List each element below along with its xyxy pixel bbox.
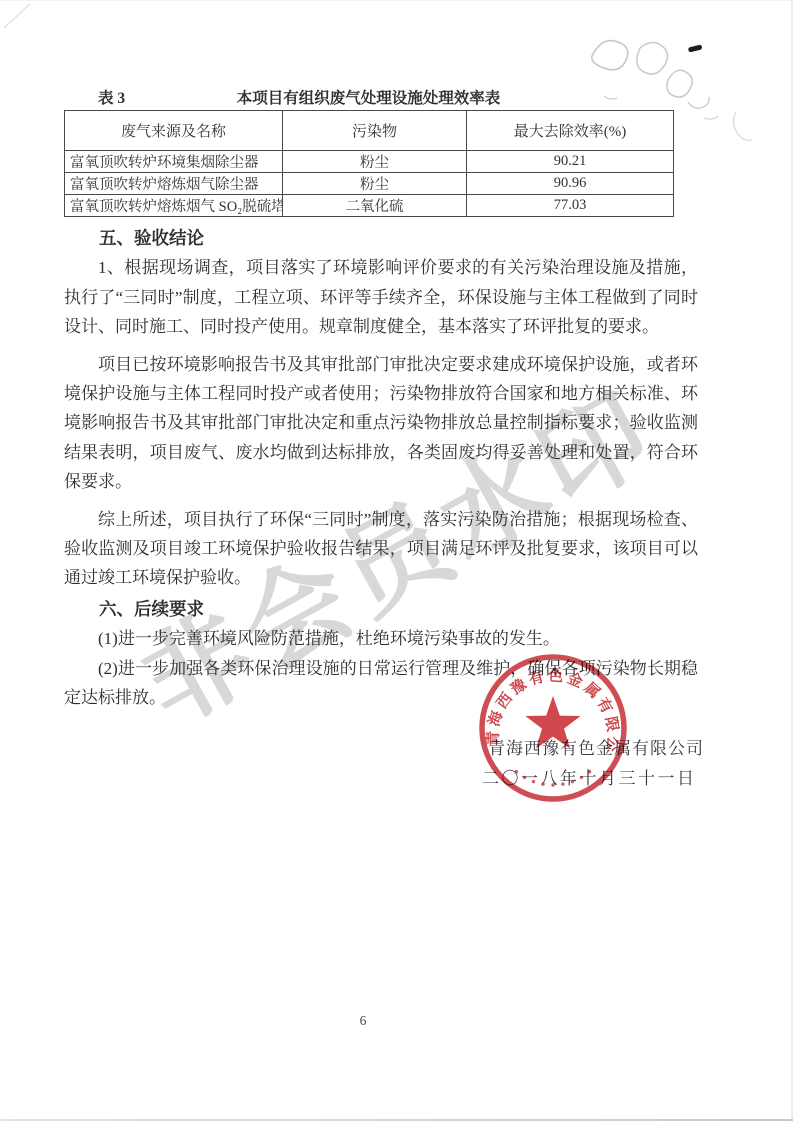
page-corner-mark (0, 0, 60, 40)
cell-efficiency: 77.03 (467, 195, 674, 217)
header-source: 废气来源及名称 (65, 111, 283, 151)
table-row: 富氧顶吹转炉熔炼烟气 SO₂脱硫塔 二氧化硫 77.03 (65, 195, 674, 217)
table-row: 富氧顶吹转炉熔炼烟气除尘器 粉尘 90.96 (65, 173, 674, 195)
cell-pollutant: 粉尘 (283, 151, 467, 173)
body-text: 五、验收结论 1、根据现场调查，项目落实了环境影响评价要求的有关污染治理设施及措… (64, 224, 698, 713)
cell-source: 富氧顶吹转炉熔炼烟气 SO₂脱硫塔 (65, 195, 283, 217)
section-6-heading: 六、后续要求 (64, 595, 698, 624)
section-5-heading: 五、验收结论 (64, 224, 698, 253)
cell-source: 富氧顶吹转炉熔炼烟气除尘器 (65, 173, 283, 195)
page-number: 6 (348, 1013, 378, 1029)
header-pollutant: 污染物 (283, 111, 467, 151)
table-title: 本项目有组织废气处理设施处理效率表 (237, 90, 501, 107)
cell-source: 富氧顶吹转炉环境集烟除尘器 (65, 151, 283, 173)
cell-efficiency: 90.21 (467, 151, 674, 173)
cell-efficiency: 90.96 (467, 173, 674, 195)
scribble-marks (560, 10, 780, 150)
section-5-paragraph-2: 项目已按环境影响报告书及其审批部门审批决定要求建成环境保护设施，或者环境保护设施… (64, 350, 698, 497)
section-6-item-1: (1)进一步完善环境风险防范措施，杜绝环境污染事故的发生。 (64, 624, 698, 653)
scanned-document-page: 非会员水印 表 3 本项目有组织废气处理设施处理效率表 废气来源及名称 (0, 0, 793, 1122)
section-5-paragraph-1: 1、根据现场调查，项目落实了环境影响评价要求的有关污染治理设施及措施，执行了“三… (64, 253, 698, 341)
table-label: 表 3 (98, 86, 125, 108)
table-row: 富氧顶吹转炉环境集烟除尘器 粉尘 90.21 (65, 151, 674, 173)
section-5-paragraph-3: 综上所述，项目执行了环保“三同时”制度，落实污染防治措施；根据现场检查、验收监测… (64, 505, 698, 593)
company-seal: 青海西豫有色金属有限公司 (468, 651, 638, 811)
page-edge-bottom (0, 1119, 793, 1121)
star-icon (525, 696, 580, 749)
seal-serial-dots (515, 770, 592, 787)
page-edge-top (0, 0, 793, 1)
cell-pollutant: 粉尘 (283, 173, 467, 195)
cell-pollutant: 二氧化硫 (283, 195, 467, 217)
